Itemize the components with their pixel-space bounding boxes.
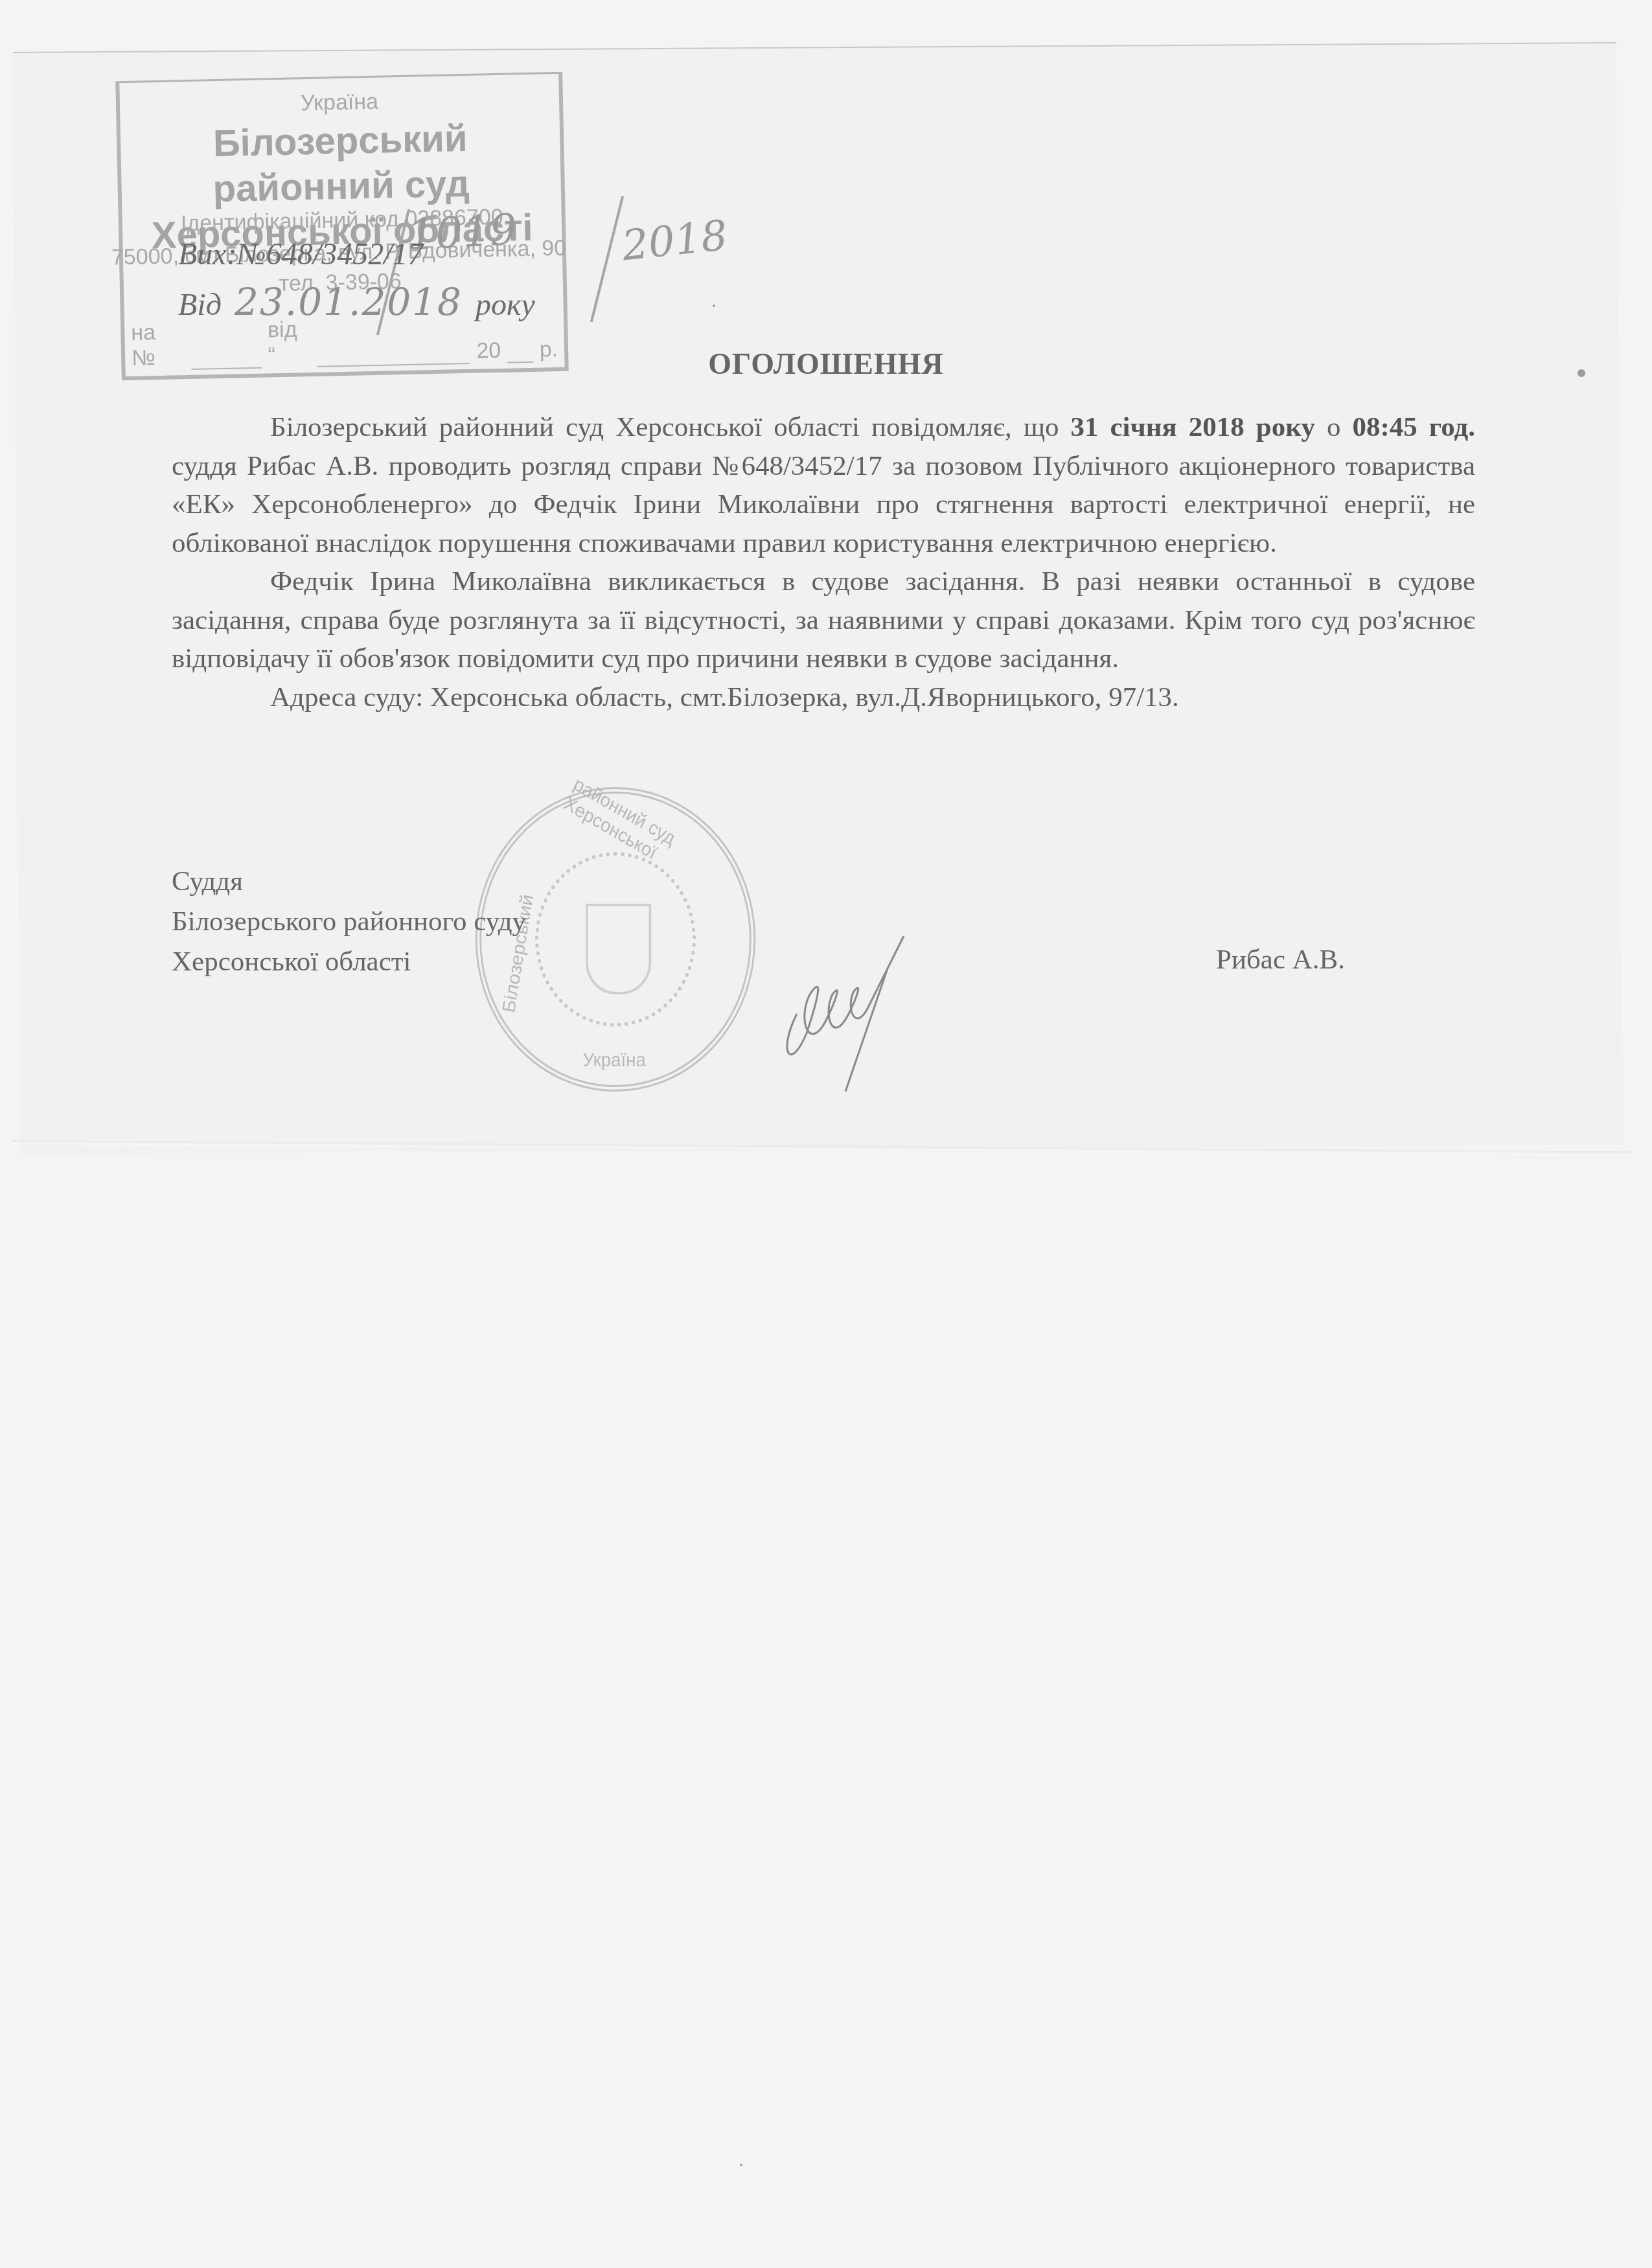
hearing-date: 31 січня 2018 року (1071, 412, 1315, 442)
paragraph-court-address: Адреса суду: Херсонська область, смт.Біл… (172, 678, 1475, 717)
scan-speck (713, 304, 715, 307)
signature-region: Херсонської області (172, 942, 526, 982)
signature-title: Суддя (172, 862, 526, 902)
scan-speck (740, 2164, 742, 2166)
judge-name: Рибас А.В. (1216, 944, 1345, 976)
hearing-time: 08:45 год. (1352, 412, 1475, 442)
outgoing-date-line: Від 23.01.2018 року (178, 280, 535, 324)
outgoing-date-suffix: року (476, 288, 535, 322)
paragraph-announcement: Білозерський районний суд Херсонської об… (172, 408, 1475, 562)
signature-court: Білозерського районного суду (172, 902, 526, 942)
p1-text: Білозерський районний суд Херсонської об… (270, 412, 1071, 442)
scan-speck (1577, 369, 1585, 377)
p1-text: о (1315, 412, 1353, 442)
signature-block: Суддя Білозерського районного суду Херсо… (172, 862, 526, 982)
outgoing-date-handwritten: 23.01.2018 (235, 280, 463, 324)
outgoing-date-prefix: Від (178, 288, 222, 322)
document-body: Білозерський районний суд Херсонської об… (172, 408, 1475, 716)
document-title: ОГОЛОШЕННЯ (0, 347, 1652, 381)
seal-text-bottom: Україна (582, 1049, 645, 1071)
handwritten-signature-icon (771, 923, 965, 1092)
outgoing-reference: Вих:№648/3452/17 Від 23.01.2018 року (178, 236, 535, 324)
trident-crest-icon (586, 904, 651, 994)
paragraph-summons: Федчік Ірина Миколаївна викликається в с… (172, 562, 1475, 678)
p1-text: суддя Рибас А.В. проводить розгляд справ… (172, 451, 1475, 558)
outgoing-number: Вих:№648/3452/17 (178, 236, 535, 272)
stamp-court-line1: Білозерський районний суд (120, 114, 562, 214)
